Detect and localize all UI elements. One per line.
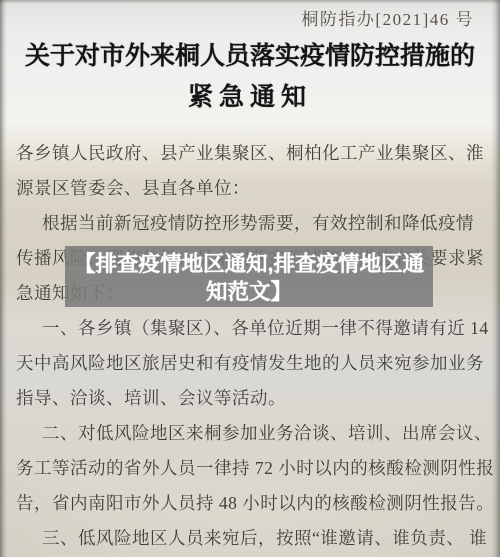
document-body: 各乡镇人民政府、县产业集聚区、桐柏化工产业集聚区、淮 源景区管委会、县直各单位：…: [16, 136, 488, 556]
scanned-notice-page: 桐防指办[2021]46 号 关于对市外来桐人员落实疫情防控措施的 紧急通知 各…: [0, 0, 500, 557]
watermark-text-line-2: 知范文】: [65, 278, 433, 306]
title-line-1: 关于对市外来桐人员落实疫情防控措施的: [0, 36, 500, 77]
body-line-item2-1: 二、对低风险地区来桐参加业务洽谈、培训、出席会议、: [16, 416, 488, 451]
document-title: 关于对市外来桐人员落实疫情防控措施的 紧急通知: [0, 36, 500, 118]
body-line-intro-1: 根据当前新冠疫情防控形势需要，有效控制和降低疫情: [16, 206, 488, 241]
title-line-2: 紧急通知: [0, 77, 500, 118]
page-edge-left-shadow: [0, 0, 7, 557]
watermark-text-line-1: 【排查疫情地区通知,排查疫情地区通: [65, 250, 433, 278]
body-line-item1-2: 天中高风险地区旅居史和有疫情发生地的人员来宛参加业务: [16, 346, 488, 381]
page-edge-right-shadow: [491, 0, 500, 557]
page-edge-top-shadow: [0, 0, 500, 4]
body-line-item1-1: 一、各乡镇（集聚区）、各单位近期一律不得邀请有近 14: [16, 311, 488, 346]
document-number: 桐防指办[2021]46 号: [301, 8, 474, 32]
body-line-item2-3: 告，省内南阳市外人员持 48 小时以内的核酸检测阴性报告。: [16, 486, 488, 521]
body-line-item2-2: 务工等活动的省外人员一律持 72 小时以内的核酸检测阴性报: [16, 451, 488, 486]
body-line-item1-3: 指导、洽谈、培训、会议等活动。: [16, 381, 488, 416]
body-line-item3-1: 三、低风险地区人员来宛后，按照“谁邀请、谁负责、 谁: [16, 521, 488, 556]
watermark-overlay: 【排查疫情地区通知,排查疫情地区通 知范文】: [65, 246, 433, 307]
body-line-recipients-2: 源景区管委会、县直各单位：: [16, 171, 488, 206]
body-line-recipients-1: 各乡镇人民政府、县产业集聚区、桐柏化工产业集聚区、淮: [16, 136, 488, 171]
